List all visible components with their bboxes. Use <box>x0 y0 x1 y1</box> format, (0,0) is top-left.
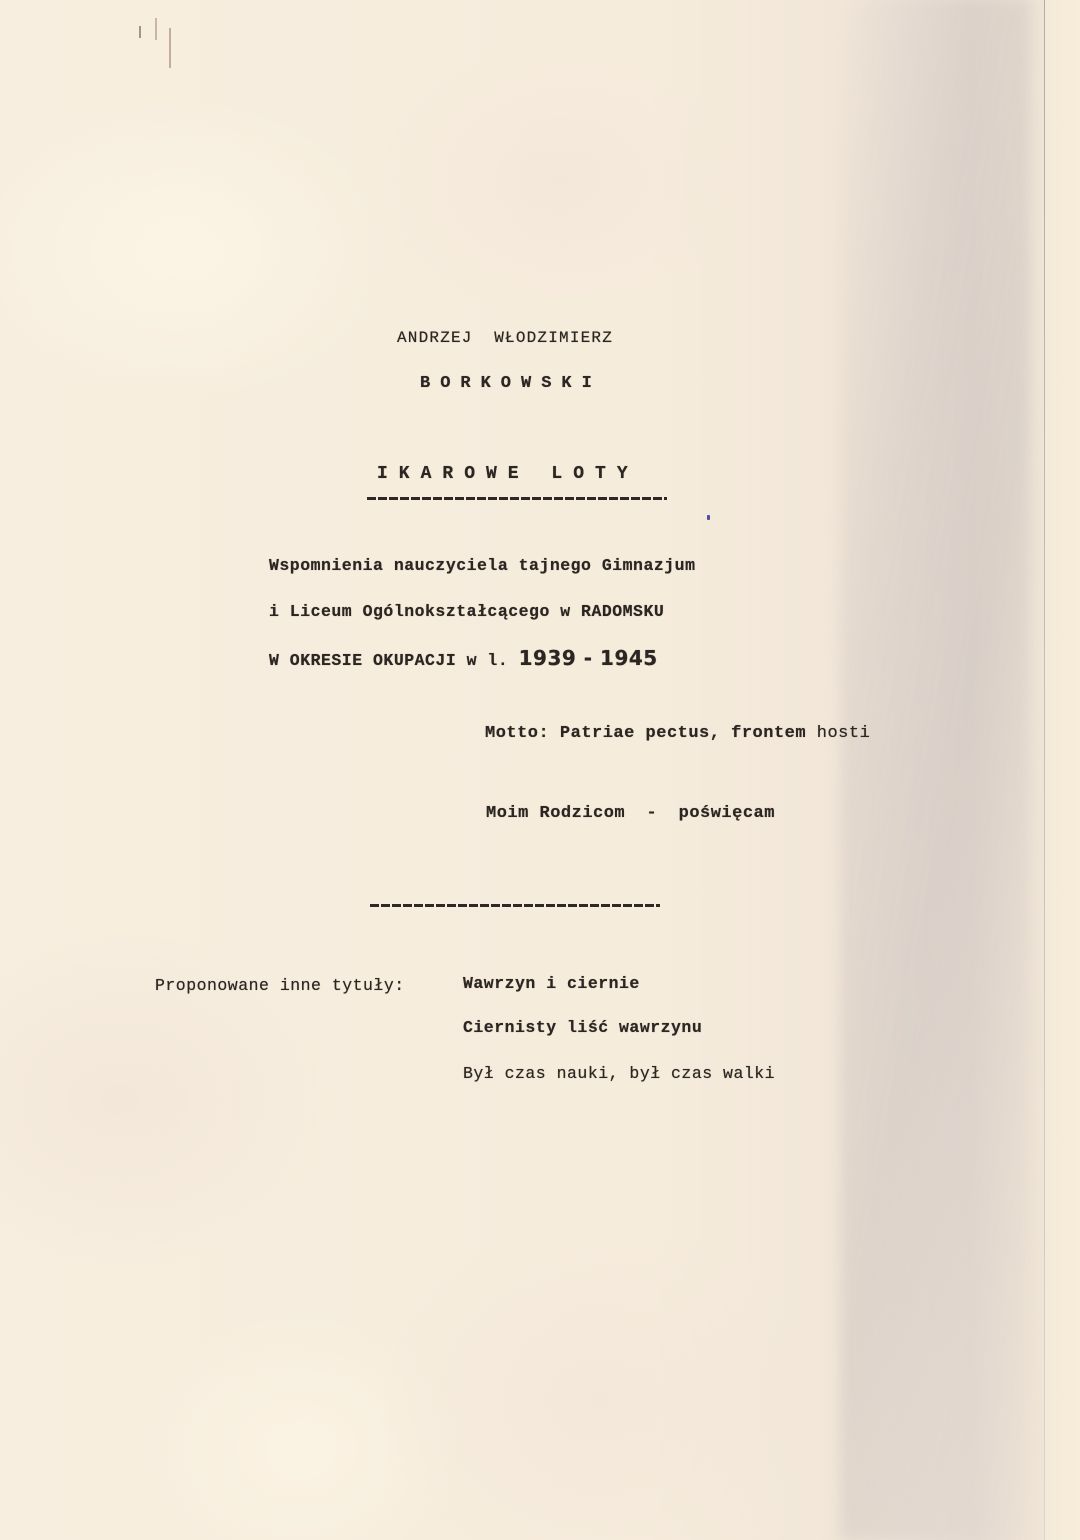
ink-mark <box>707 515 710 520</box>
margin-ink-marks <box>135 8 175 68</box>
document-title: IKAROWE LOTY <box>377 464 639 484</box>
paper-edge-line <box>1044 0 1045 1540</box>
author-surname: BORKOWSKI <box>420 374 602 393</box>
subtitle-years: 1939 - 1945 <box>519 646 658 670</box>
subtitle-period-text: W OKRESIE OKUPACJI w l. <box>269 651 519 670</box>
alternative-titles-label: Proponowane inne tytuły: <box>155 976 405 995</box>
subtitle-line-2: i Liceum Ogólnokształcącego w RADOMSKU <box>269 602 664 621</box>
dedication: Moim Rodzicom - poświęcam <box>486 804 775 823</box>
motto-text: Patriae pectus, frontem <box>560 724 817 743</box>
paper-smudge <box>840 0 1030 1540</box>
motto: Motto: Patriae pectus, frontem hosti <box>485 724 870 743</box>
alternative-title-1: Wawrzyn i ciernie <box>463 974 640 993</box>
motto-label: Motto: <box>485 724 560 743</box>
motto-text-end: hosti <box>817 724 871 743</box>
subtitle-line-1: Wspomnienia nauczyciela tajnego Gimnazju… <box>269 556 695 575</box>
section-divider <box>370 904 660 907</box>
title-underline <box>367 497 667 500</box>
subtitle-line-3: W OKRESIE OKUPACJI w l. 1939 - 1945 <box>269 646 658 670</box>
alternative-title-2: Ciernisty liść wawrzynu <box>463 1018 702 1037</box>
author-first-names: ANDRZEJ WŁODZIMIERZ <box>397 329 613 347</box>
alternative-title-3: Był czas nauki, był czas walki <box>463 1064 775 1083</box>
paper-right-strip <box>1045 0 1080 1540</box>
